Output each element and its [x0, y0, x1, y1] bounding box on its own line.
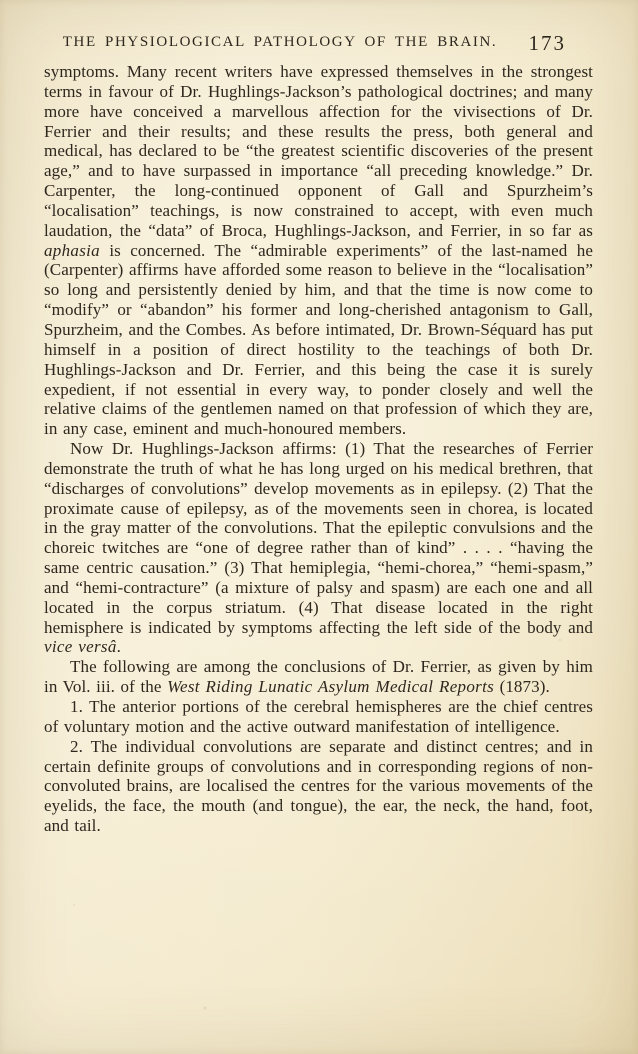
text-run: 2. The individual convolutions are separ…: [44, 737, 593, 835]
text-run: Now Dr. Hughlings-Jackson affirms: (1) T…: [44, 439, 593, 637]
italic-run: aphasia: [44, 241, 100, 260]
paragraph: 1. The anterior portions of the cerebral…: [44, 697, 593, 737]
italic-run: West Riding Lunatic Asylum Medical Repor…: [167, 677, 494, 696]
running-title: THE PHYSIOLOGICAL PATHOLOGY OF THE BRAIN…: [44, 34, 516, 51]
text-run: is concerned. The “admirable experiments…: [44, 241, 593, 439]
text-run: 1. The anterior portions of the cerebral…: [44, 697, 593, 736]
text-run: .: [117, 637, 121, 656]
running-head: THE PHYSIOLOGICAL PATHOLOGY OF THE BRAIN…: [44, 31, 592, 55]
paragraph: 2. The individual convolutions are separ…: [44, 737, 593, 836]
text-run: symptoms. Many recent writers have expre…: [44, 62, 593, 240]
text-block: symptoms. Many recent writers have expre…: [44, 62, 593, 836]
book-page: THE PHYSIOLOGICAL PATHOLOGY OF THE BRAIN…: [0, 0, 638, 1054]
text-run: (1873).: [494, 677, 550, 696]
paragraph: Now Dr. Hughlings-Jackson affirms: (1) T…: [44, 439, 593, 657]
page-number: 173: [529, 31, 567, 56]
paragraph: The following are among the conclusions …: [44, 657, 593, 697]
italic-run: vice versâ: [44, 637, 117, 656]
paragraph: symptoms. Many recent writers have expre…: [44, 62, 593, 439]
